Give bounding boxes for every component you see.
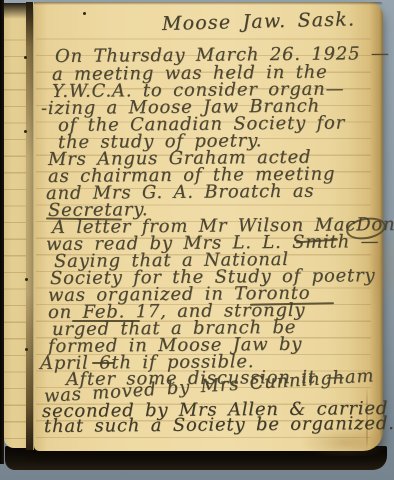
page-top-edge bbox=[34, 2, 383, 5]
underline-6th bbox=[92, 362, 114, 364]
ink-speck bbox=[25, 348, 28, 351]
ink-speck bbox=[24, 56, 27, 59]
ruled-lines bbox=[4, 24, 26, 442]
scanned-notebook-photo: Moose Jaw. Sask. On Thursday March 26. 1… bbox=[0, 0, 394, 480]
binding-gutter bbox=[26, 2, 34, 450]
ink-speck bbox=[25, 278, 28, 281]
location-heading: Moose Jaw. Sask. bbox=[162, 11, 356, 33]
ink-speck bbox=[83, 12, 86, 15]
ink-speck bbox=[24, 130, 27, 133]
corner-shadow bbox=[4, 3, 26, 19]
underline-feb-17 bbox=[72, 320, 140, 322]
handwritten-line: that such a Society be organized. bbox=[44, 415, 394, 435]
previous-page-edge bbox=[4, 3, 26, 448]
